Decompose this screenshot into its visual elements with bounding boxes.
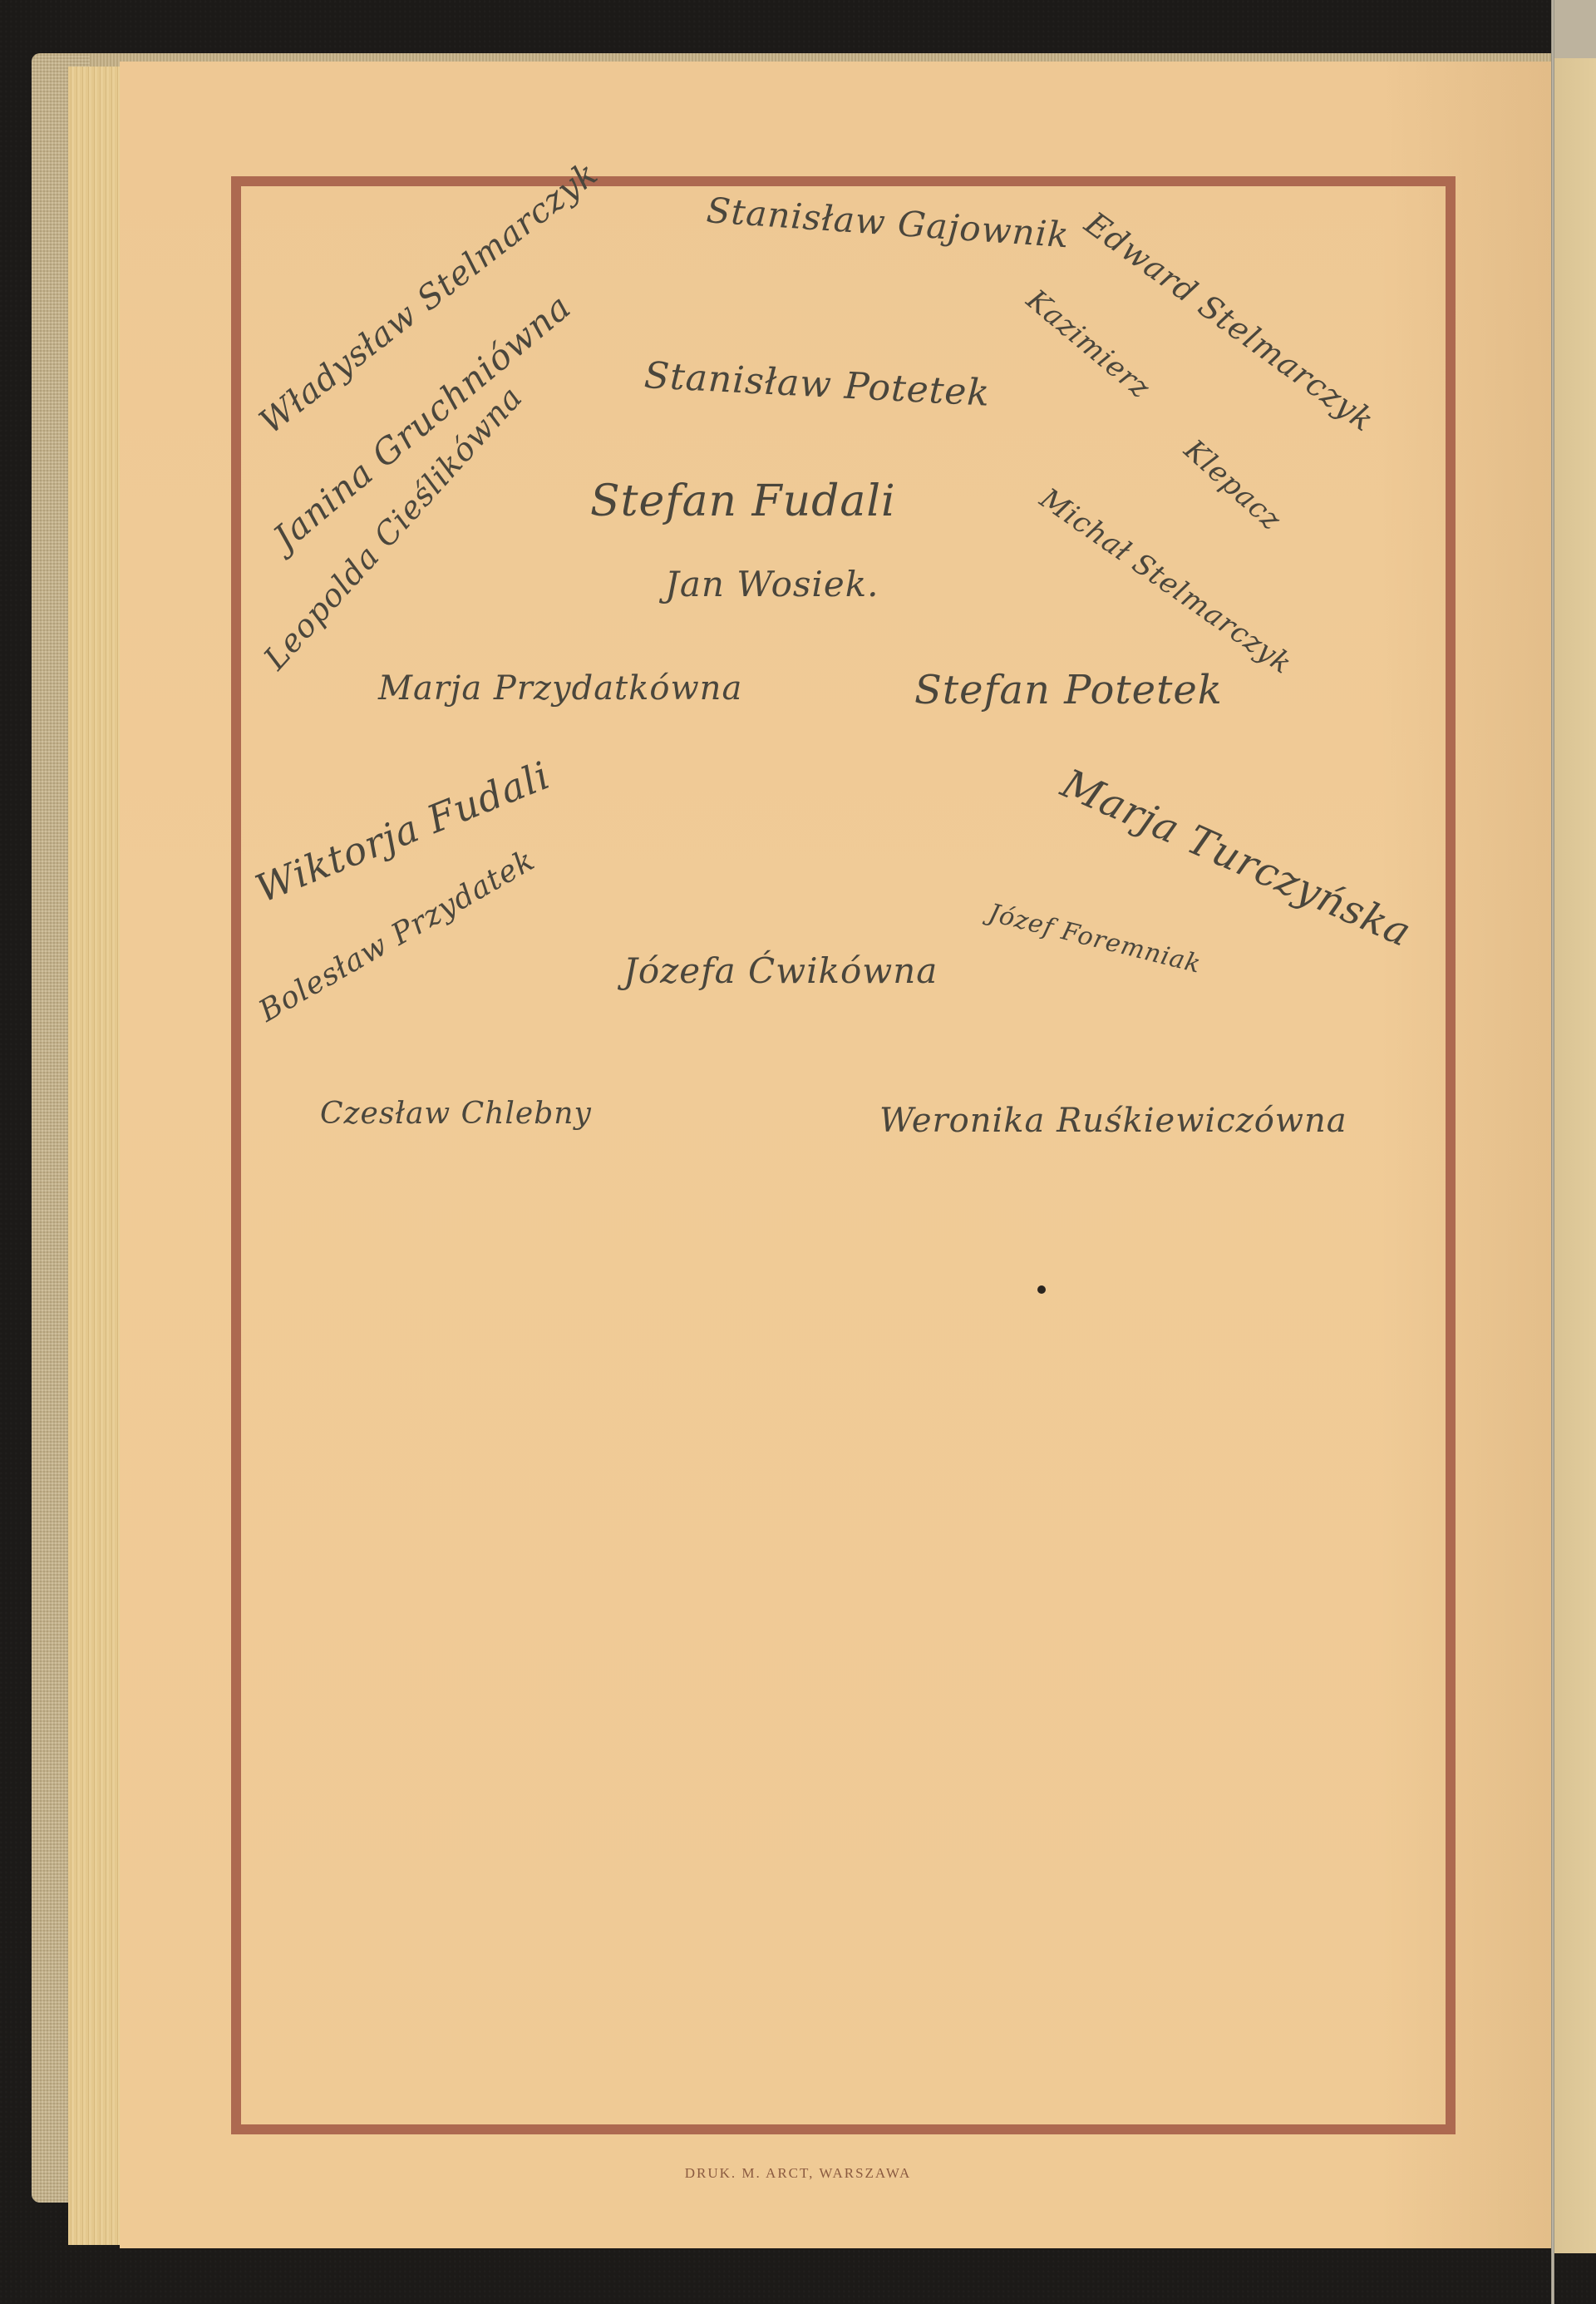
signature: Marja Przydatkówna xyxy=(378,669,742,708)
signature: Józefa Ćwikówna xyxy=(623,950,938,991)
signature: Stefan Potetek xyxy=(914,667,1223,713)
gutter-divider xyxy=(1551,0,1554,2304)
decorative-frame-border xyxy=(231,176,1456,2134)
signature: Stefan Fudali xyxy=(590,476,896,526)
page-stack-edges xyxy=(68,67,123,2245)
signature: Weronika Ruśkiewiczówna xyxy=(879,1102,1347,1140)
signature: Jan Wosiek. xyxy=(665,564,879,604)
signature: Czesław Chlebny xyxy=(320,1097,592,1131)
next-page-cover-corner xyxy=(1554,0,1596,60)
ink-spot xyxy=(1037,1285,1046,1294)
printer-imprint: DRUK. M. ARCT, WARSZAWA xyxy=(0,2165,1596,2182)
adjacent-page-edge xyxy=(1554,58,1596,2253)
